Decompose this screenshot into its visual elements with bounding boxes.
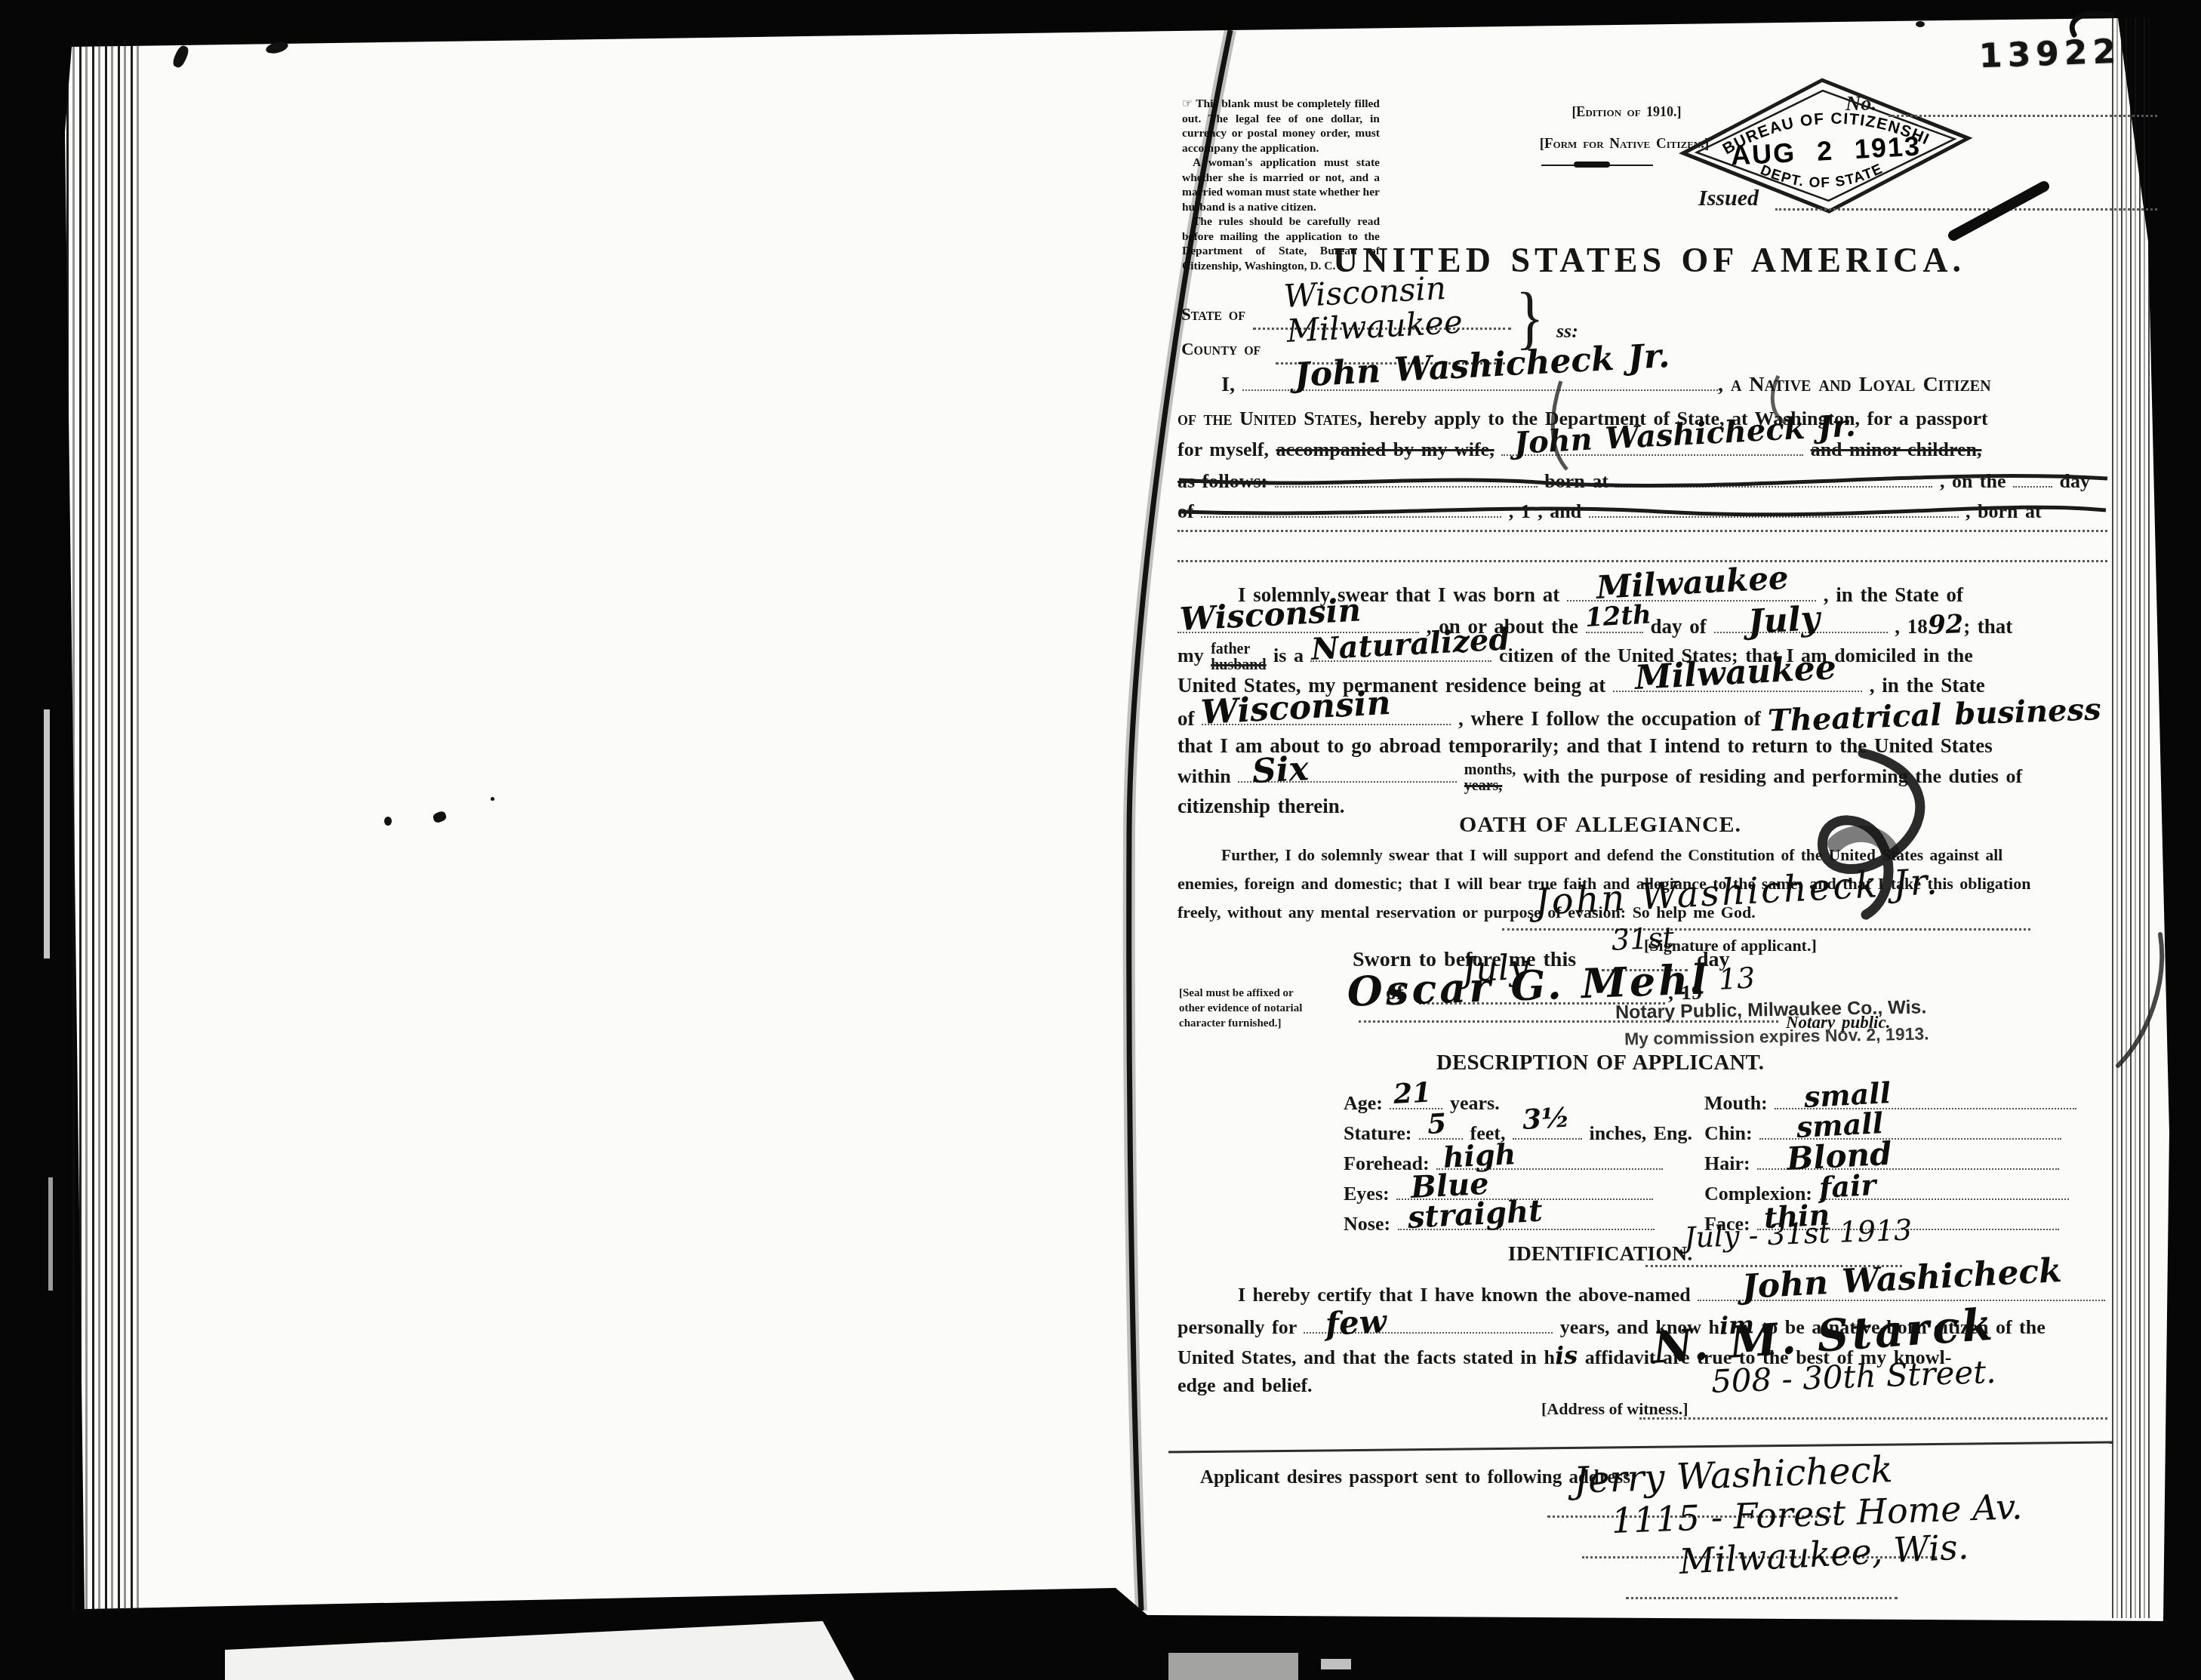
blank-ruled-line [1177,519,2107,532]
line5-blank-1 [1201,500,1501,518]
known-years-handwriting: few [1325,1308,1387,1338]
delivery-label: Applicant desires passport sent to follo… [1200,1467,1636,1488]
affidavit-line-3: my father husband is a Naturalized citiz… [1177,642,1973,673]
affidavit-line-2: Wisconsin , on or about the 12th day of … [1177,611,2012,640]
his-handwriting: is [1554,1341,1578,1369]
state-of-label: State of [1181,305,1245,325]
line3-name-blank: John Washicheck Jr. [1501,438,1803,456]
chin-blank: small [1759,1122,2061,1140]
line2-smallcaps: of the United States, [1177,408,1362,429]
citizen-type-handwriting: Naturalized [1311,626,1511,663]
spine-page-edges [66,39,142,1611]
forehead-row: Forehead: high [1344,1150,1663,1177]
line4-on-the: , on the [1940,470,2006,492]
ink-speck [1916,21,1925,27]
ink-speck [491,797,494,801]
hair-row: Hair: Blond [1704,1150,2059,1177]
citizen-phrase: , a Native and Loyal Citizen [1718,373,1991,396]
husband-option-struck: husband [1211,657,1266,673]
page-number-stamp: 13922 [1978,32,2122,76]
sworn-day-handwriting: 31st [1611,921,1675,957]
application-line-3: for myself, accompanied by my wife, John… [1177,436,1981,463]
residence-blank: Milwaukee [1613,674,1862,692]
age-label: Age: [1344,1092,1383,1114]
hair-label: Hair: [1704,1152,1750,1174]
father-husband-alternates: father husband [1211,642,1266,673]
certify-l2-pre: personally for [1177,1316,1297,1338]
issued-blank-line [1775,186,2157,211]
witness-address-caption: [Address of witness.] [1541,1399,1688,1419]
venue-brace: } [1516,282,1544,353]
ss-label: ss: [1556,320,1578,343]
line4-day: day [2060,470,2090,492]
stature-row: Stature: 5 feet, 3½ inches, Eng. [1344,1120,1692,1147]
affidavit-line-5: of Wisconsin , where I follow the occupa… [1177,702,2101,732]
line5-blank-2 [1589,500,1959,518]
affidavit-l5-mid: , where I follow the occupation of [1458,707,1761,730]
right-page-edge [2112,18,2151,1618]
witness-address-line [1639,1395,2107,1420]
sworn-year-handwriting: 13 [1718,962,1756,996]
birthplace-handwriting: Milwaukee [1596,565,1789,602]
line4-blank-2 [1615,469,1932,488]
header-rule-blob [1574,162,1610,168]
stature-inches-blank: 3½ [1513,1122,1582,1140]
mouth-blank: small [1775,1091,2076,1109]
signature-line [1502,906,2030,931]
birth-state-handwriting: Wisconsin [1179,596,1362,633]
nose-blank: straight [1398,1212,1655,1230]
age-suffix: years. [1450,1092,1500,1114]
seal-note: [Seal must be affixed or other evidence … [1179,986,1307,1031]
years-option-struck: years, [1464,778,1516,794]
application-line-4: as follows: born at , on the day [1177,468,2090,495]
line3-struck-wife: accompanied by my wife, [1276,438,1494,460]
affidavit-is-a: is a [1273,645,1304,666]
birthplace-blank: Milwaukee [1567,583,1816,602]
birth-day-blank: 12th [1586,615,1643,633]
age-row: Age: 21 years. [1344,1090,1500,1117]
line4-struck: as follows: [1177,470,1267,492]
issued-label: Issued [1698,186,1759,211]
affidavit-l2-mid3: , 18 [1895,615,1928,638]
stature-inches-handwriting: 3½ [1522,1104,1570,1134]
birth-year-handwriting: 92 [1927,611,1964,639]
ink-speck [384,817,392,826]
certify-l1-pre: I hereby certify that I have known the a… [1238,1284,1691,1306]
stature-feet-blank: 5 [1419,1122,1463,1140]
next-page-fragment [1168,1653,1298,1680]
residence-state-handwriting: Wisconsin [1200,690,1391,727]
affidavit-l2-mid2: day of [1651,615,1707,638]
line4-blank-3 [2013,469,2052,488]
residence-state-blank: Wisconsin [1202,707,1451,725]
citizen-type-blank: Naturalized [1310,644,1491,662]
applicant-name-blank: John Washicheck Jr. [1242,373,1718,391]
duration-handwriting: Six [1251,755,1310,786]
stature-feet-handwriting: 5 [1427,1110,1447,1138]
residence-handwriting: Milwaukee [1634,654,1837,692]
affidavit-my: my [1177,645,1204,666]
no-blank-line [1889,94,2157,117]
bureau-date-stamp: BUREAU OF CITIZENSHIP AUG 2 1913 DEPT. O… [1673,60,1980,239]
complexion-row: Complexion: fair [1704,1180,2069,1208]
affidavit-l2-post: ; that [1963,615,2012,638]
affidavit-l5-of: of [1177,707,1195,730]
oath-heading: OATH OF ALLEGIANCE. [1177,812,2023,838]
affidavit-line-7: within Six months, years, with the purpo… [1177,762,2022,794]
blank-ruled-line [1177,549,2107,562]
description-heading: DESCRIPTION OF APPLICANT. [1177,1051,2023,1075]
birth-month-handwriting: July [1747,605,1821,636]
chin-label: Chin: [1704,1122,1753,1144]
line3-pre: for myself, [1177,438,1269,460]
birth-day-handwriting: 12th [1584,601,1652,632]
eyes-label: Eyes: [1344,1183,1390,1205]
line4-blank-1 [1275,469,1538,488]
months-years-alternates: months, years, [1464,762,1516,794]
no-label: No. [1845,92,1876,116]
birth-month-blank: July [1714,615,1888,633]
delivery-city-line [1626,1574,1898,1599]
complexion-blank: fair [1820,1182,2069,1200]
nose-row: Nose: straight [1344,1211,1655,1238]
bottom-white-speck [1321,1659,1351,1669]
mouth-row: Mouth: small [1704,1090,2076,1117]
spine-white-sliver [44,709,50,958]
county-of-label: County of [1181,340,1261,359]
age-value-handwriting: 21 [1393,1078,1433,1108]
spine-white-sliver [48,1177,53,1291]
occupation-handwriting: Theatrical business [1768,696,2102,734]
known-years-blank: few [1304,1315,1553,1334]
duration-blank: Six [1238,765,1457,783]
within-label: within [1177,765,1231,787]
age-blank: 21 [1390,1091,1442,1109]
hair-blank: Blond [1757,1152,2059,1170]
hair-value-handwriting: Blond [1786,1140,1892,1173]
certify-l3-pre: United States, and that the facts stated… [1177,1346,1555,1368]
scanned-passport-application: ☞ This blank must be completely filled o… [0,0,2201,1680]
father-option: father [1211,642,1266,657]
certify-line-4: edge and belief. [1177,1372,1313,1399]
nose-label: Nose: [1344,1213,1390,1235]
line4-born-at: born at [1544,470,1608,492]
application-line-1: I, John Washicheck Jr. , a Native and Lo… [1221,371,1991,398]
inches-label: inches, Eng. [1589,1122,1692,1144]
affidavit-l4-post: , in the State [1870,674,1985,697]
nose-value-handwriting: straight [1407,1198,1543,1232]
page-title: UNITED STATES OF AMERICA. [1181,240,2117,280]
affidavit-l1-post: , in the State of [1824,583,1963,606]
instructions-paragraph: A woman's application must state whether… [1182,155,1380,214]
months-option: months, [1464,762,1516,778]
mouth-label: Mouth: [1704,1092,1768,1114]
stature-label: Stature: [1344,1122,1412,1144]
i-label: I, [1221,373,1235,396]
certify-name-blank: John Washicheck [1698,1283,2105,1301]
affidavit-l7-post: with the purpose of residing and perform… [1523,765,2022,787]
instructions-paragraph: ☞ This blank must be completely filled o… [1182,97,1380,155]
